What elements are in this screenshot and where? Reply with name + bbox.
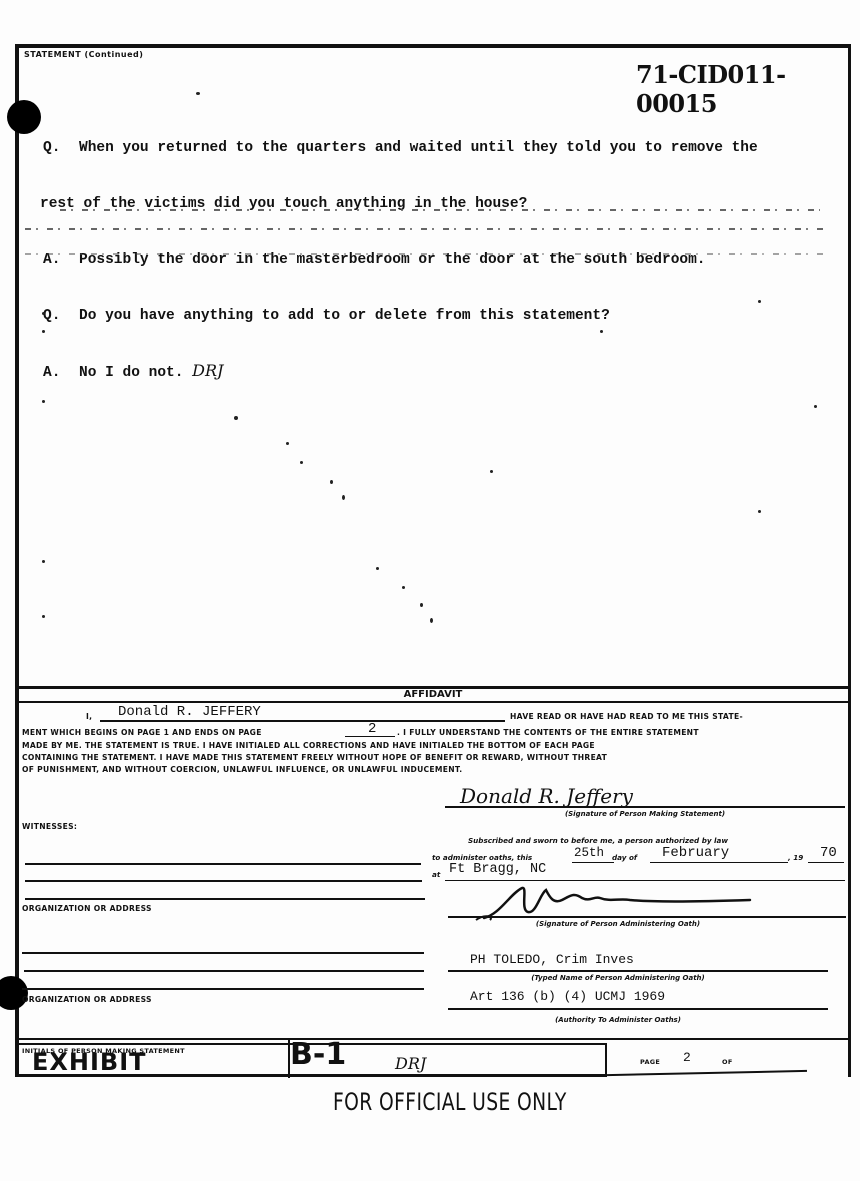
- admin-signature-caption: (Signature of Person Administering Oath): [448, 920, 788, 928]
- sworn-day-underline: [572, 862, 614, 863]
- administering-officer-signature: [470, 884, 770, 924]
- year-prefix: , 19: [788, 853, 803, 862]
- affiant-signature-caption: (Signature of Person Making Statement): [445, 810, 845, 818]
- sworn-year-underline: [808, 862, 844, 863]
- sworn-month: February: [662, 845, 729, 861]
- scan-speck: [490, 470, 493, 473]
- affiant-signature-line: [445, 806, 845, 808]
- faded-text-line: [25, 253, 825, 255]
- hole-punch-top: [7, 100, 41, 134]
- affidavit-i-label: I,: [86, 712, 92, 721]
- affidavit-line-3: MADE BY ME. THE STATEMENT IS TRUE. I HAV…: [22, 741, 595, 750]
- scan-speck: [758, 510, 761, 513]
- witness-line-2: [25, 880, 422, 882]
- sworn-month-underline: [650, 862, 788, 863]
- scan-speck: [402, 586, 405, 589]
- footer-divider: [605, 1043, 607, 1077]
- organization-address-label-1: ORGANIZATION OR ADDRESS: [22, 904, 152, 913]
- scan-speck: [234, 416, 238, 420]
- statement-line: A.No I do not. DRJ: [43, 362, 758, 381]
- exhibit-mark: B-1: [290, 1037, 346, 1072]
- at-label: at: [432, 870, 440, 879]
- scan-speck: [376, 567, 379, 570]
- affidavit-have-read-text: HAVE READ OR HAVE HAD READ TO ME THIS ST…: [510, 712, 743, 721]
- scan-speck: [758, 300, 761, 303]
- faded-text-line: [60, 209, 820, 211]
- scan-speck: [286, 442, 289, 445]
- statement-body: Q.When you returned to the quarters and …: [43, 102, 758, 418]
- sworn-location-underline: [445, 880, 845, 881]
- scan-speck: [42, 312, 45, 315]
- sworn-location: Ft Bragg, NC: [449, 862, 546, 877]
- scan-speck: [330, 480, 333, 484]
- ends-on-page-value: 2: [368, 721, 376, 737]
- statement-line: Q.Do you have anything to add to or dele…: [43, 307, 758, 326]
- subscribed-line-2: to administer oaths, this: [432, 853, 532, 862]
- affidavit-title: AFFIDAVIT: [15, 688, 851, 703]
- affidavit-line-4: CONTAINING THE STATEMENT. I HAVE MADE TH…: [22, 753, 607, 762]
- footer-initials: DRJ: [395, 1054, 426, 1073]
- scan-speck: [42, 615, 45, 618]
- witness-line-5: [24, 970, 424, 972]
- footer-top-rule: [15, 1038, 849, 1040]
- oath-authority-line: [448, 1008, 828, 1010]
- sworn-day: 25th: [574, 846, 604, 860]
- affiant-name: Donald R. JEFFERY: [118, 704, 261, 720]
- scan-speck: [42, 560, 45, 563]
- day-of-label: day of: [612, 853, 637, 862]
- scan-speck: [300, 461, 303, 464]
- subscribed-line-1: Subscribed and sworn to before me, a per…: [468, 836, 728, 845]
- scan-speck: [42, 330, 45, 333]
- page-label: PAGE: [640, 1058, 660, 1066]
- scan-speck: [430, 618, 433, 623]
- ends-on-page-underline: [345, 736, 395, 737]
- witness-line-6: [22, 988, 424, 990]
- witnesses-label: WITNESSES:: [22, 822, 77, 831]
- affiant-signature: Donald R. Jeffery: [460, 784, 633, 808]
- scan-speck: [342, 495, 345, 500]
- affiant-name-underline: [100, 720, 505, 722]
- admin-signature-line: [448, 916, 846, 918]
- faded-text-line: [25, 228, 825, 230]
- affidavit-line-2b: . I FULLY UNDERSTAND THE CONTENTS OF THE…: [397, 728, 699, 737]
- witness-line-4: [22, 952, 424, 954]
- scanned-statement-page: STATEMENT (Continued) 71-CID011-00015 Q.…: [0, 0, 860, 1181]
- scan-speck: [196, 92, 200, 95]
- oath-authority: Art 136 (b) (4) UCMJ 1969: [470, 989, 665, 1004]
- witness-line-3: [25, 898, 425, 900]
- scan-speck: [420, 603, 423, 607]
- witness-line-1: [25, 863, 421, 865]
- page-number: 2: [683, 1050, 691, 1065]
- organization-address-label-2: ORGANIZATION OR ADDRESS: [22, 995, 152, 1004]
- affidavit-line-2a: MENT WHICH BEGINS ON PAGE 1 AND ENDS ON …: [22, 728, 262, 737]
- oath-authority-caption: (Authority To Administer Oaths): [448, 1016, 788, 1024]
- exhibit-stamp: EXHIBIT: [32, 1052, 147, 1073]
- sworn-year: 70: [820, 845, 837, 861]
- admin-typed-caption: (Typed Name of Person Administering Oath…: [448, 974, 788, 982]
- scan-speck: [42, 400, 45, 403]
- scan-speck: [600, 330, 603, 333]
- admin-typed-name: PH TOLEDO, Crim Inves: [470, 952, 634, 967]
- classification-marking: FOR OFFICIAL USE ONLY: [333, 1088, 567, 1116]
- statement-continued-label: STATEMENT (Continued): [24, 50, 143, 59]
- scan-speck: [814, 405, 817, 408]
- statement-line: Q.When you returned to the quarters and …: [43, 139, 758, 158]
- admin-typed-name-line: [448, 970, 828, 972]
- of-label: OF: [722, 1058, 733, 1066]
- affidavit-line-5: OF PUNISHMENT, AND WITHOUT COERCION, UNL…: [22, 765, 462, 774]
- handwritten-initials: DRJ: [192, 361, 223, 380]
